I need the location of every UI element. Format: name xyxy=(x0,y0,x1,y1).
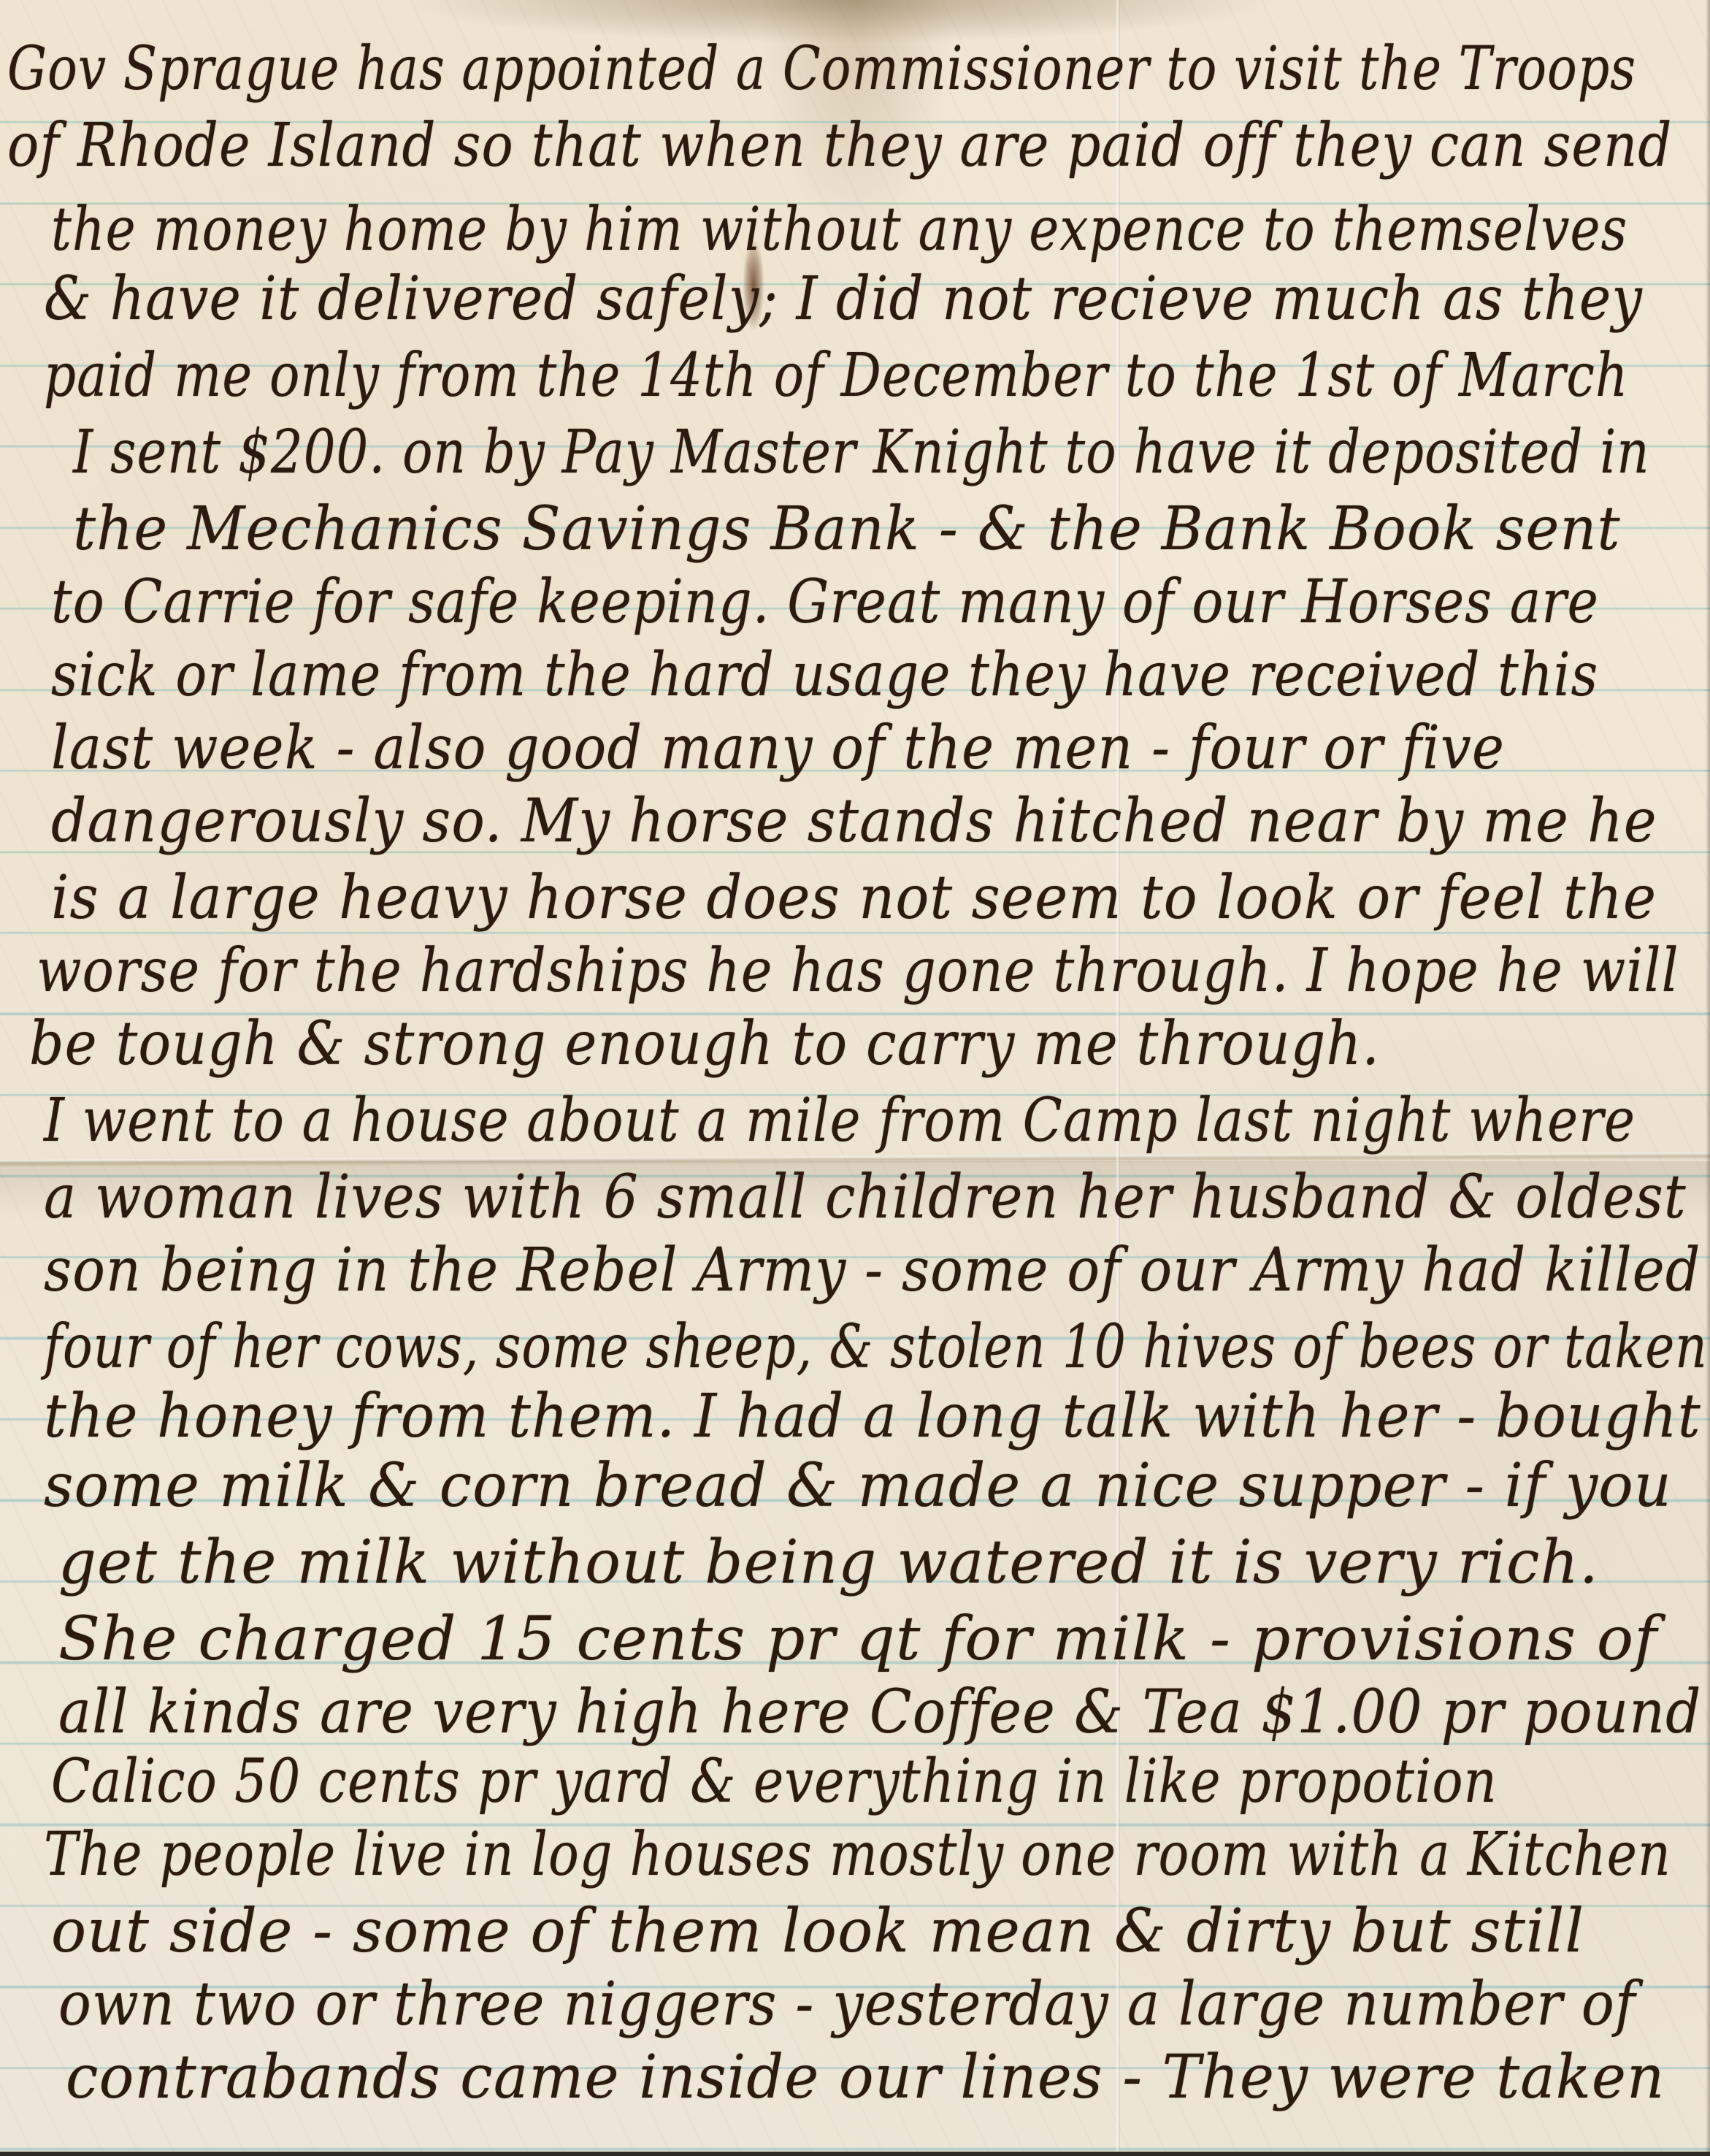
letter-line: sick or lame from the hard usage they ha… xyxy=(51,640,1598,710)
letter-line: I sent $200. on by Pay Master Knight to … xyxy=(73,417,1650,487)
letter-line: the Mechanics Savings Bank - & the Bank … xyxy=(73,494,1621,564)
letter-line: The people live in log houses mostly one… xyxy=(44,1819,1671,1889)
letter-line: the money home by him without any expenc… xyxy=(51,194,1627,264)
letter-line: last week - also good many of the men - … xyxy=(51,713,1505,783)
letter-line: be tough & strong enough to carry me thr… xyxy=(29,1009,1380,1079)
letter-line: paid me only from the 14th of December t… xyxy=(44,340,1628,410)
letter-line: son being in the Rebel Army - some of ou… xyxy=(44,1235,1701,1305)
letter-line: four of her cows, some sheep, & stolen 1… xyxy=(44,1312,1708,1382)
letter-line: dangerously so. My horse stands hitched … xyxy=(51,786,1657,856)
letter-page: Gov Sprague has appointed a Commissioner… xyxy=(0,0,1710,2156)
letter-line: the honey from them. I had a long talk w… xyxy=(44,1381,1701,1451)
letter-line: of Rhode Island so that when they are pa… xyxy=(7,110,1673,180)
letter-line: a woman lives with 6 small children her … xyxy=(44,1162,1687,1232)
letter-line: all kinds are very high here Coffee & Te… xyxy=(58,1677,1702,1747)
letter-line: some milk & corn bread & made a nice sup… xyxy=(44,1450,1672,1521)
letter-line: She charged 15 cents pr qt for milk - pr… xyxy=(58,1604,1657,1674)
letter-line: I went to a house about a mile from Camp… xyxy=(44,1085,1636,1155)
letter-text: Gov Sprague has appointed a Commissioner… xyxy=(0,0,1710,2156)
letter-line: to Carrie for safe keeping. Great many o… xyxy=(51,567,1599,637)
letter-line: & have it delivered safely; I did not re… xyxy=(44,264,1643,334)
letter-line: out side - some of them look mean & dirt… xyxy=(51,1896,1584,1966)
letter-line: worse for the hardships he has gone thro… xyxy=(37,936,1679,1006)
letter-line: Gov Sprague has appointed a Commissioner… xyxy=(7,34,1636,104)
letter-line: get the milk without being watered it is… xyxy=(58,1527,1599,1597)
letter-line: is a large heavy horse does not seem to … xyxy=(51,863,1657,933)
letter-line: Calico 50 cents pr yard & everything in … xyxy=(51,1746,1498,1816)
letter-line: own two or three niggers - yesterday a l… xyxy=(58,1969,1636,2039)
letter-line: contrabands came inside our lines - They… xyxy=(66,2042,1665,2112)
